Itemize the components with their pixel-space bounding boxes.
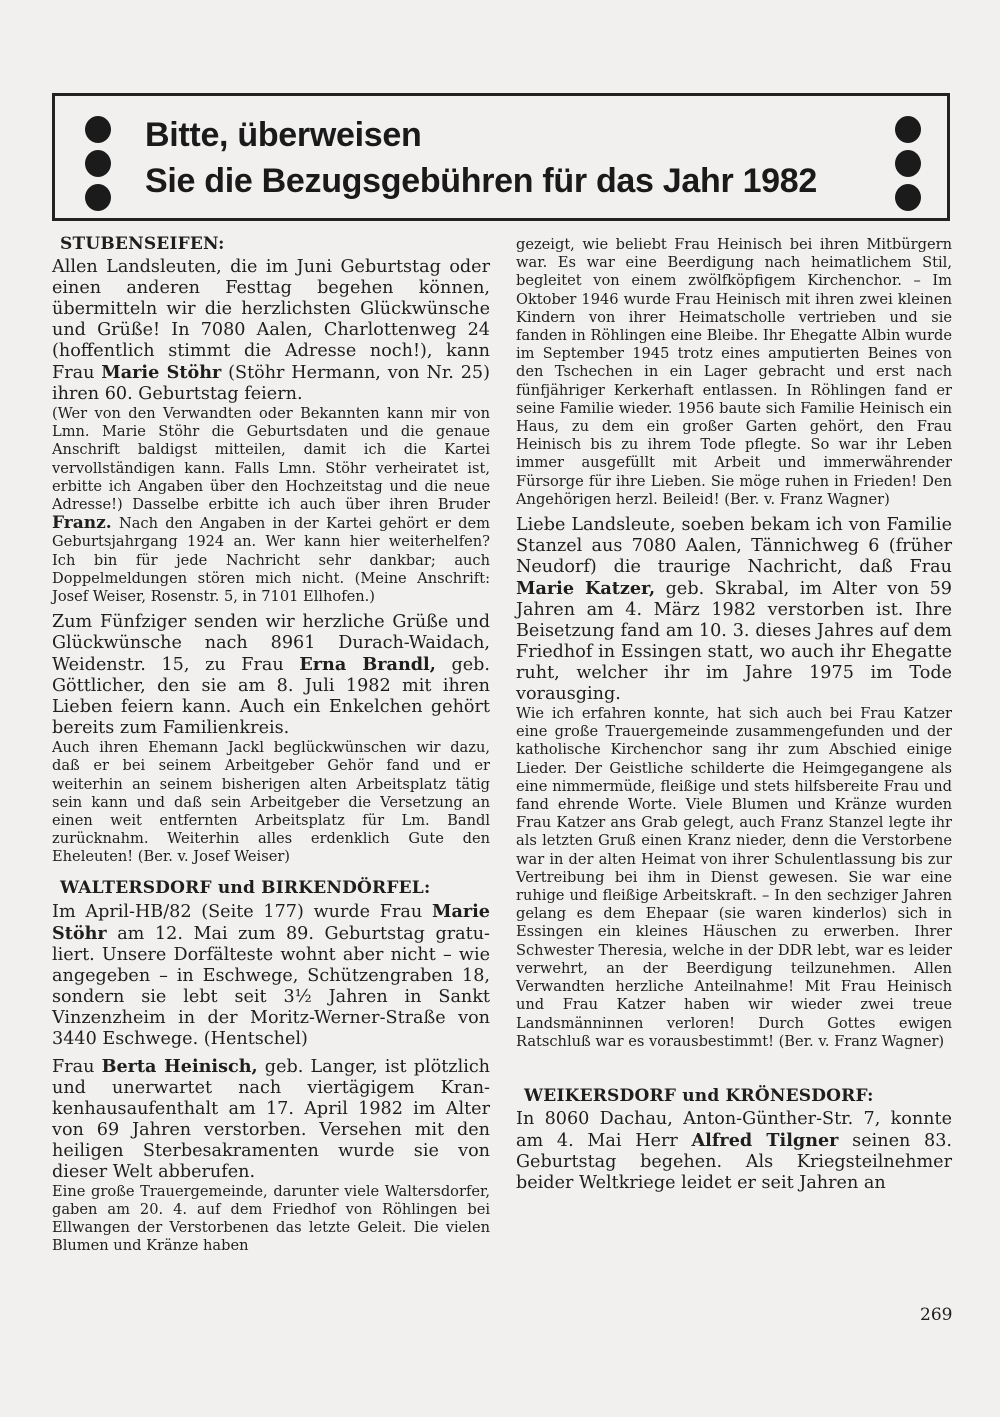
section-heading-waltersdorf: WALTERSDORF und BIRKENDÖRFEL:: [60, 877, 490, 899]
name-bold: Marie Stöhr: [101, 362, 221, 383]
paragraph-heinisch-continued: gezeigt, wie beliebt Frau Heinisch bei i…: [516, 236, 952, 509]
bullet-dot-icon: [895, 184, 921, 211]
banner-title-line2: Sie die Bezugsgebühren für das Jahr 1982: [145, 158, 817, 204]
bullet-dot-icon: [895, 150, 921, 177]
text: Liebe Landsleute, soeben bekam ich von F…: [516, 515, 952, 577]
paragraph-katzer-funeral: Wie ich erfahren konnte, hat sich auch b…: [516, 705, 952, 1051]
bullet-dots-left: [85, 116, 115, 218]
bullet-dot-icon: [85, 116, 111, 143]
text: am 12. Mai zum 89. Geburtstag gratu­lier…: [52, 924, 490, 1049]
bullet-dot-icon: [85, 184, 111, 211]
paragraph-jackl: Auch ihren Ehemann Jackl beglückwünschen…: [52, 739, 490, 866]
name-bold: Marie Katzer,: [516, 578, 655, 599]
page-number: 269: [920, 1305, 952, 1325]
bullet-dots-right: [895, 116, 925, 218]
paragraph-correction-stoehr: Im April-HB/82 (Seite 177) wurde Frau Ma…: [52, 901, 490, 1050]
text: (Wer von den Verwandten oder Bekannten k…: [52, 405, 490, 513]
bullet-dot-icon: [85, 150, 111, 177]
name-bold: Erna Brandl,: [299, 654, 435, 675]
paragraph-erna-brandl: Zum Fünfziger senden wir herzliche Grüße…: [52, 612, 490, 739]
paragraph-inquiry: (Wer von den Verwandten oder Bekannten k…: [52, 405, 490, 606]
paragraph-marie-katzer: Liebe Landsleute, soeben bekam ich von F…: [516, 515, 952, 705]
banner-title: Bitte, überweisen Sie die Bezugsgebühren…: [145, 112, 817, 204]
section-heading-weikersdorf: WEIKERSDORF und KRÖNESDORF:: [524, 1085, 952, 1107]
text: Frau: [52, 1057, 102, 1077]
paragraph-birthday-marie-stoehr: Allen Landsleuten, die im Juni Geburtsta…: [52, 257, 490, 405]
payment-reminder-banner: Bitte, überweisen Sie die Bezugsgebühren…: [52, 93, 950, 221]
section-heading-stubenseifen: STUBENSEIFEN:: [60, 233, 490, 255]
text: Nach den Angaben in der Kartei gehört er…: [52, 515, 490, 605]
name-bold: Berta Heinisch,: [102, 1056, 258, 1077]
left-column: STUBENSEIFEN: Allen Landsleuten, die im …: [52, 233, 490, 1255]
bullet-dot-icon: [895, 116, 921, 143]
banner-title-line1: Bitte, überweisen: [145, 112, 817, 158]
text: Im April-HB/82 (Seite 177) wurde Frau: [52, 902, 432, 922]
paragraph-funeral: Eine große Trauergemeinde, darunter viel…: [52, 1183, 490, 1256]
right-column: gezeigt, wie beliebt Frau Heinisch bei i…: [516, 236, 952, 1194]
paragraph-alfred-tilgner: In 8060 Dachau, Anton-Günther-Str. 7, ko…: [516, 1109, 952, 1194]
name-bold: Alfred Tilgner: [692, 1130, 839, 1151]
paragraph-berta-heinisch: Frau Berta Heinisch, geb. Langer, ist pl…: [52, 1056, 490, 1183]
name-bold: Franz.: [52, 513, 112, 533]
